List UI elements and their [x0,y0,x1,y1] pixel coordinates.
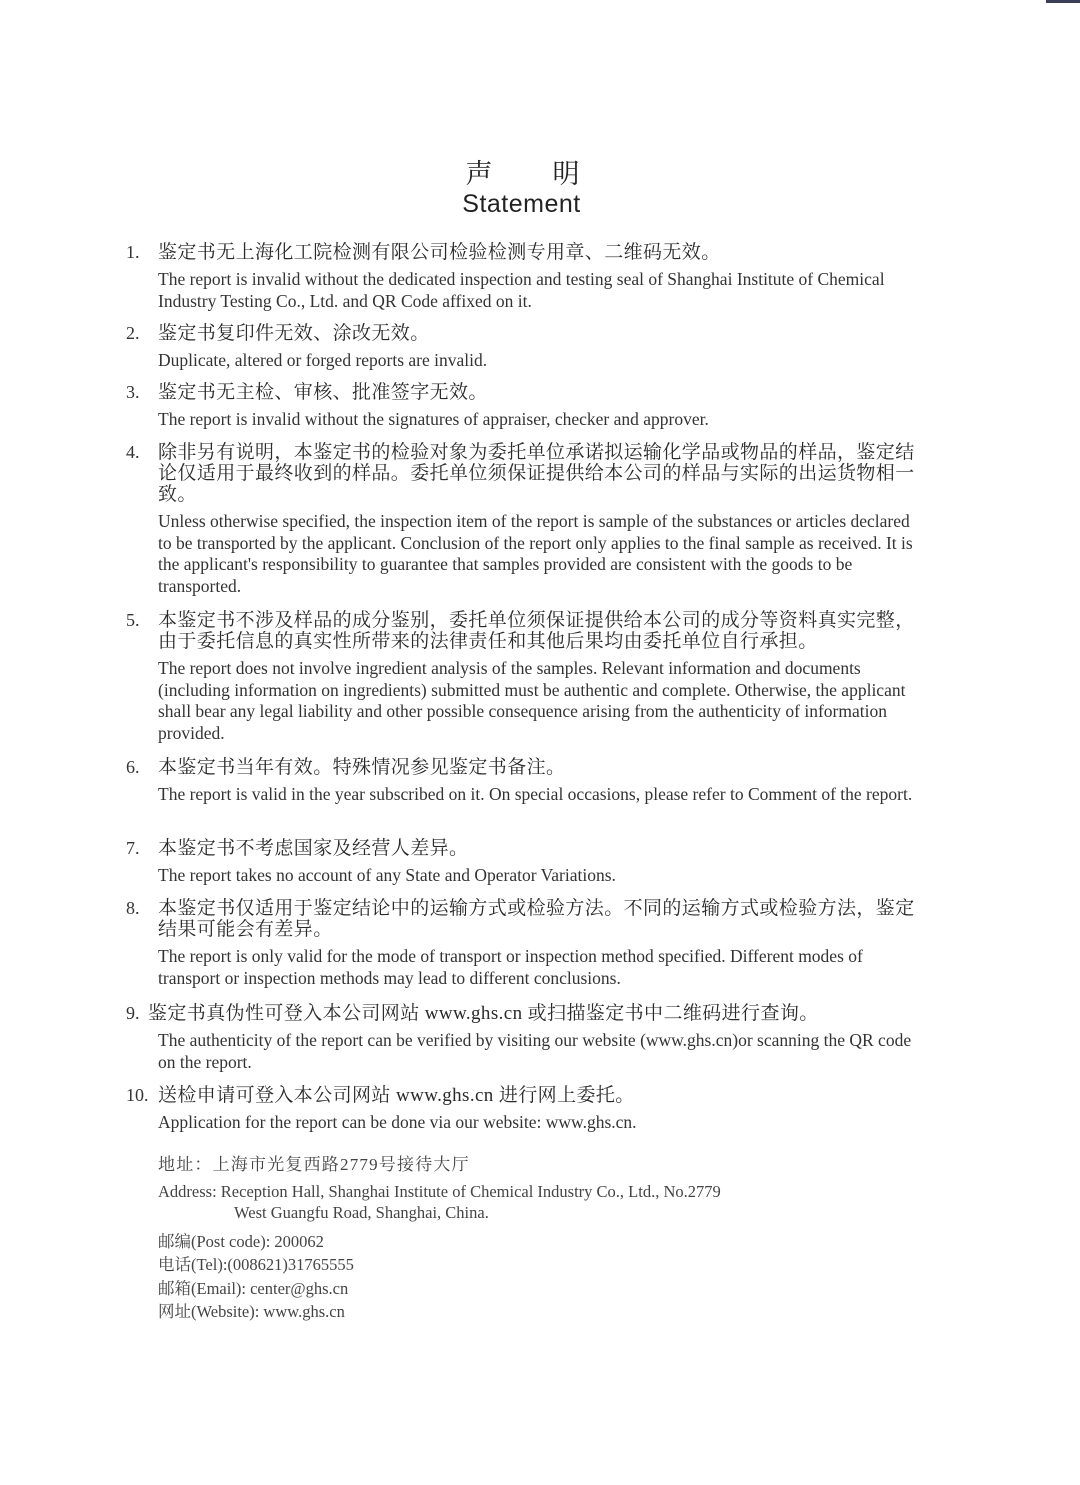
item-text-en: The report is invalid without the dedica… [158,269,916,312]
item-number: 2. [126,323,140,344]
item-text-en: Application for the report can be done v… [158,1112,916,1134]
website: 网址(Website): www.ghs.cn [158,1300,918,1324]
item-text-cn: 本鉴定书不涉及样品的成分鉴别，委托单位须保证提供给本公司的成分等资料真实完整，由… [158,610,916,652]
item-text-cn: 本鉴定书不考虑国家及经营人差异。 [158,838,916,859]
item-number: 5. [126,610,140,631]
item-text-en: Duplicate, altered or forged reports are… [158,350,916,372]
item-text-cn: 送检申请可登入本公司网站 www.ghs.cn 进行网上委托。 [158,1085,916,1106]
statement-item-9: 9. 鉴定书真伪性可登入本公司网站 www.ghs.cn 或扫描鉴定书中二维码进… [126,1003,916,1073]
item-text-cn: 鉴定书复印件无效、涂改无效。 [158,323,916,344]
telephone: 电话(Tel):(008621)31765555 [158,1253,918,1277]
statement-item-5: 5. 本鉴定书不涉及样品的成分鉴别，委托单位须保证提供给本公司的成分等资料真实完… [126,610,916,744]
statement-item-3: 3. 鉴定书无主检、审核、批准签字无效。 The report is inval… [126,382,916,431]
statement-item-1: 1. 鉴定书无上海化工院检测有限公司检验检测专用章、二维码无效。 The rep… [126,242,916,312]
address-en-line1: Address: Reception Hall, Shanghai Instit… [158,1181,918,1203]
item-text-en: Unless otherwise specified, the inspecti… [158,511,916,597]
item-text-en: The report does not involve ingredient a… [158,658,916,744]
address-cn: 地址：上海市光复西路2779号接待大厅 [158,1153,918,1177]
item-number: 8. [126,898,140,919]
email: 邮箱(Email): center@ghs.cn [158,1277,918,1301]
item-number: 3. [126,382,140,403]
statement-item-6: 6. 本鉴定书当年有效。特殊情况参见鉴定书备注。 The report is v… [126,757,916,806]
item-text-en: The authenticity of the report can be ve… [158,1030,916,1073]
statement-item-7: 7. 本鉴定书不考虑国家及经营人差异。 The report takes no … [126,838,916,887]
page-title-en: Statement [0,190,1043,219]
item-text-cn: 本鉴定书当年有效。特殊情况参见鉴定书备注。 [158,757,916,778]
item-text-en: The report is valid in the year subscrib… [158,784,916,806]
item-number: 1. [126,242,140,263]
contact-block: 地址：上海市光复西路2779号接待大厅 Address: Reception H… [158,1153,918,1324]
item-text-cn: 鉴定书无主检、审核、批准签字无效。 [158,382,916,403]
statement-item-8: 8. 本鉴定书仅适用于鉴定结论中的运输方式或检验方法。不同的运输方式或检验方法，… [126,898,916,989]
item-number: 9. [126,1003,140,1024]
statement-item-4: 4. 除非另有说明，本鉴定书的检验对象为委托单位承诺拟运输化学品或物品的样品，鉴… [126,442,916,597]
item-text-cn: 除非另有说明，本鉴定书的检验对象为委托单位承诺拟运输化学品或物品的样品，鉴定结论… [158,442,916,505]
item-text-cn: 本鉴定书仅适用于鉴定结论中的运输方式或检验方法。不同的运输方式或检验方法，鉴定结… [158,898,916,940]
statement-item-10: 10. 送检申请可登入本公司网站 www.ghs.cn 进行网上委托。 Appl… [126,1085,916,1134]
item-number: 10. [126,1085,149,1106]
address-en-line2: West Guangfu Road, Shanghai, China. [158,1202,918,1224]
item-text-en: The report is invalid without the signat… [158,409,916,431]
item-text-cn: 鉴定书无上海化工院检测有限公司检验检测专用章、二维码无效。 [158,242,916,263]
page-title-cn: 声明 [0,152,1045,191]
page-edge-mark [1046,0,1080,3]
item-text-cn: 鉴定书真伪性可登入本公司网站 www.ghs.cn 或扫描鉴定书中二维码进行查询… [148,1003,916,1024]
item-number: 4. [126,442,140,463]
post-code: 邮编(Post code): 200062 [158,1230,918,1254]
item-text-en: The report is only valid for the mode of… [158,946,916,989]
item-text-en: The report takes no account of any State… [158,865,916,887]
statement-item-2: 2. 鉴定书复印件无效、涂改无效。 Duplicate, altered or … [126,323,916,372]
item-number: 6. [126,757,140,778]
item-number: 7. [126,838,140,859]
